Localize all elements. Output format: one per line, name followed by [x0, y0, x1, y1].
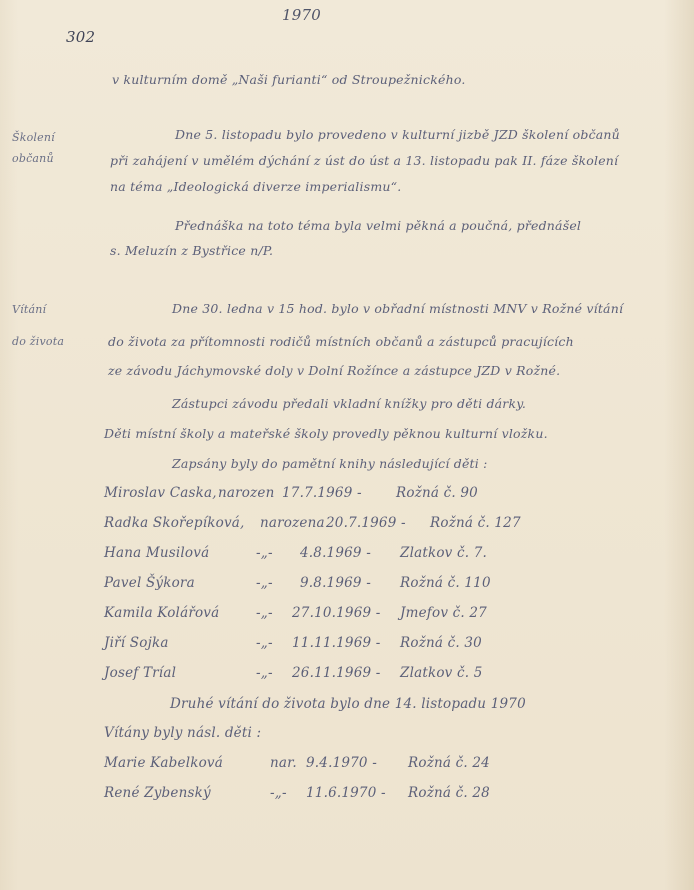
paragraph-line: Zástupci závodu předali vkladní knížky p… — [172, 398, 526, 411]
birth-date: 27.10.1969 - — [292, 607, 381, 621]
paragraph-line: Zapsány byly do pamětní knihy následujíc… — [172, 458, 488, 471]
birth-date: 11.11.1969 - — [292, 637, 381, 651]
child-name: Kamila Kolářová — [104, 607, 219, 621]
child-name: Marie Kabelková — [104, 757, 223, 771]
year-heading: 1970 — [282, 8, 321, 23]
birth-date: 11.6.1970 - — [306, 787, 386, 801]
residence: Rožná č. 90 — [396, 487, 478, 501]
birth-date: 4.8.1969 - — [300, 547, 371, 561]
margin-label-skoleni-1: Školení — [12, 132, 55, 143]
residence: Rožná č. 127 — [430, 517, 521, 531]
child-name: Josef Tríal — [104, 667, 176, 681]
paragraph-line: Přednáška na toto téma byla velmi pěkná … — [175, 220, 581, 233]
paragraph-line: Děti místní školy a mateřské školy prove… — [104, 428, 548, 441]
paragraph-line: Dne 5. listopadu bylo provedeno v kultur… — [175, 129, 620, 142]
residence: Zlatkov č. 7. — [400, 547, 487, 561]
residence: Rožná č. 24 — [408, 757, 490, 771]
paragraph-line: do života za přítomnosti rodičů místních… — [108, 336, 574, 349]
child-name: Pavel Šýkora — [104, 577, 195, 591]
continuation-line: v kulturním domě „Naši furianti“ od Stro… — [112, 74, 466, 87]
child-name: Jiří Sojka — [104, 637, 169, 651]
margin-label-vitani-1: Vítání — [12, 304, 46, 315]
second-event-line: Druhé vítání do života bylo dne 14. list… — [170, 698, 526, 712]
born-label: nar. — [270, 757, 297, 771]
born-label: -„- — [256, 607, 273, 621]
birth-date: 20.7.1969 - — [326, 517, 406, 531]
born-label: -„- — [256, 577, 273, 591]
child-name: René Zybenský — [104, 787, 211, 801]
paragraph-line: Dne 30. ledna v 15 hod. bylo v obřadní m… — [172, 303, 623, 316]
birth-date: 9.4.1970 - — [306, 757, 377, 771]
born-label: narozen — [218, 487, 275, 501]
residence: Rožná č. 110 — [400, 577, 491, 591]
born-label: -„- — [270, 787, 287, 801]
residence: Rožná č. 28 — [408, 787, 490, 801]
birth-date: 17.7.1969 - — [282, 487, 362, 501]
child-name: Radka Skořepíková, — [104, 517, 245, 531]
paragraph-line: ze závodu Jáchymovské doly v Dolní Rožín… — [108, 365, 560, 378]
born-label: narozena — [260, 517, 325, 531]
born-label: -„- — [256, 547, 273, 561]
paragraph-line: s. Meluzín z Bystřice n/P. — [110, 245, 273, 258]
margin-label-skoleni-2: občanů — [12, 153, 54, 164]
birth-date: 9.8.1969 - — [300, 577, 371, 591]
birth-date: 26.11.1969 - — [292, 667, 381, 681]
paragraph-line: na téma „Ideologická diverze imperialism… — [110, 181, 401, 194]
second-event-line: Vítány byly násl. děti : — [104, 727, 261, 741]
child-name: Miroslav Caska, — [104, 487, 217, 501]
born-label: -„- — [256, 667, 273, 681]
born-label: -„- — [256, 637, 273, 651]
page-number: 302 — [66, 30, 95, 45]
paragraph-line: při zahájení v umělém dýchání z úst do ú… — [110, 155, 618, 168]
chronicle-page: 1970 302 v kulturním domě „Naši furianti… — [0, 0, 694, 890]
residence: Rožná č. 30 — [400, 637, 482, 651]
child-name: Hana Musilová — [104, 547, 209, 561]
residence: Jmefov č. 27 — [400, 607, 487, 621]
residence: Zlatkov č. 5 — [400, 667, 483, 681]
margin-label-vitani-2: do života — [12, 336, 64, 347]
